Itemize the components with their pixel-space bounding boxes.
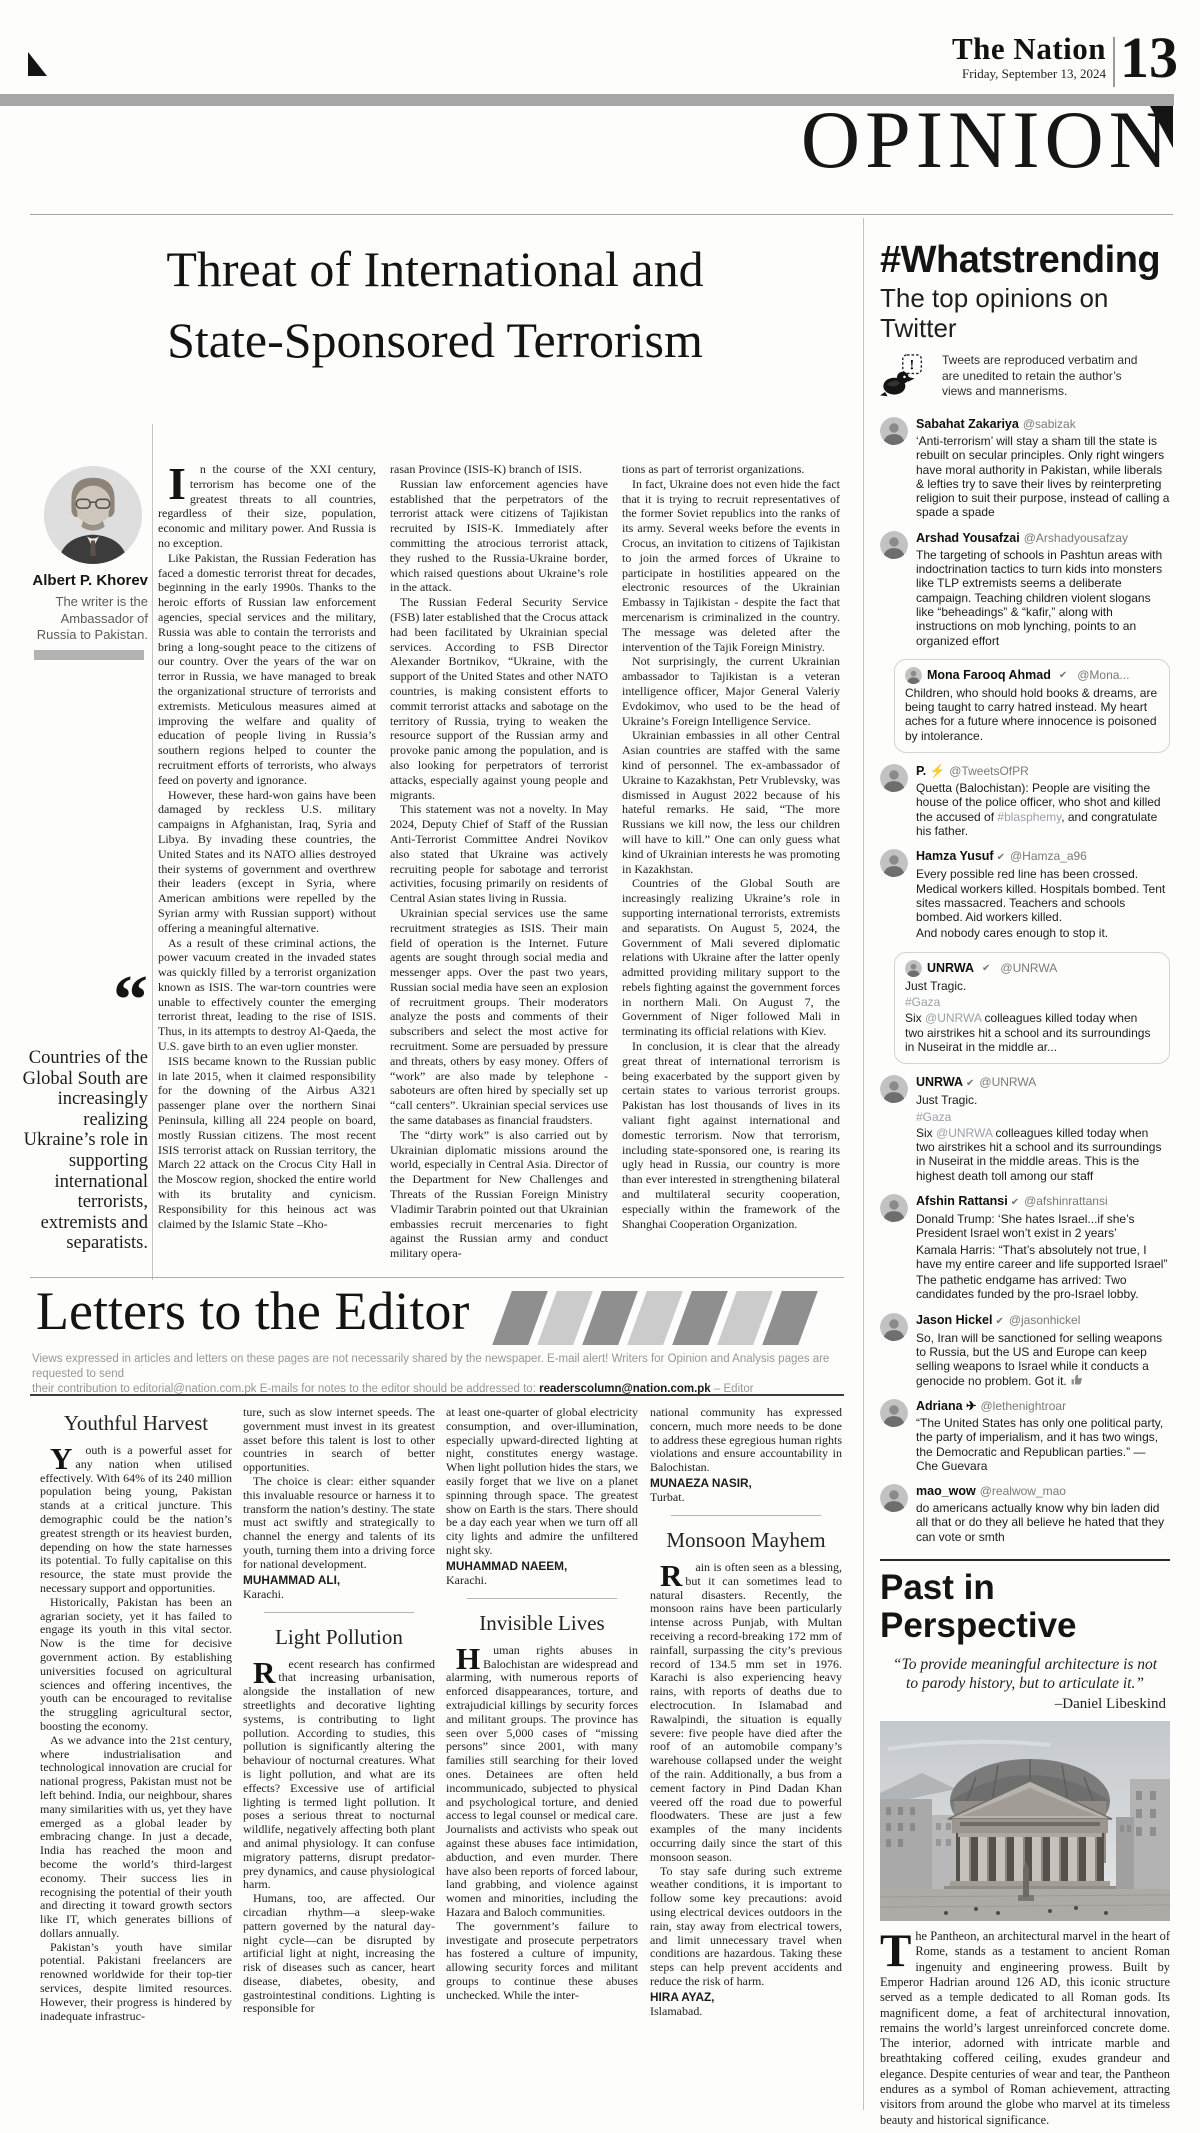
avatar — [880, 849, 908, 877]
verified-badge-icon: ✔ — [1011, 1197, 1019, 1208]
verified-badge-icon: ✔ — [982, 961, 990, 976]
tweet-text: Six @UNRWA colleagues killed today when … — [905, 1011, 1159, 1054]
tweet-text: Every possible red line has been crossed… — [916, 867, 1170, 924]
tweet: Sabahat Zakariya@sabizak‘Anti-terrorism’… — [880, 417, 1170, 520]
tweet: mao_wow@realwow_maodo americans actually… — [880, 1484, 1170, 1544]
tweet-header: Adriana ✈@lethenightroar — [916, 1399, 1170, 1414]
letter-paragraph: Human rights abuses in Balochistan are w… — [446, 1644, 638, 1920]
letter-signature-place: Karachi. — [446, 1573, 638, 1587]
letter-signature-place: Karachi. — [243, 1587, 435, 1601]
thumbs-up-icon — [1070, 1374, 1083, 1386]
tweet-text: Kamala Harris: “That’s absolutely not tr… — [916, 1243, 1170, 1272]
letter-heading: Light Pollution — [243, 1624, 435, 1650]
tweet: Hamza Yusuf✔@Hamza_a96Every possible red… — [880, 849, 1170, 940]
author-rule — [34, 650, 144, 660]
letter-paragraph: national community has expressed concern… — [650, 1406, 842, 1475]
issue-date: Friday, September 13, 2024 — [860, 66, 1106, 82]
letter-paragraph: The choice is clear: either squander thi… — [243, 1475, 435, 1572]
article-paragraph: In conclusion, it is clear that the alre… — [622, 1039, 840, 1231]
avatar — [880, 764, 908, 792]
tweet-header: mao_wow@realwow_mao — [916, 1484, 1170, 1499]
article-paragraph: Not surprisingly, the current Ukrainian … — [622, 654, 840, 728]
letters-column-2: ture, such as slow internet speeds. The … — [243, 1406, 435, 2112]
tweet-author: Sabahat Zakariya — [916, 417, 1019, 431]
drop-cap: Y — [40, 1444, 75, 1471]
sidebar: #Whatstrending The top opinions on Twitt… — [880, 240, 1170, 2128]
past-in-perspective-title: Past in Perspective — [880, 1569, 1170, 1645]
tweet-author: UNRWA — [927, 961, 974, 976]
avatar — [880, 531, 908, 559]
tweet-content: Jason Hickel✔@jasonhickelSo, Iran will b… — [916, 1313, 1170, 1388]
pull-quote: Countries of the Global South are increa… — [20, 1048, 148, 1254]
sidebar-divider — [863, 218, 864, 2110]
whatstrending-subtitle: The top opinions on Twitter — [880, 283, 1170, 343]
tweet-text: “The United States has only one politica… — [916, 1416, 1170, 1473]
tweet-text: do americans actually know why bin laden… — [916, 1501, 1170, 1544]
tweet-text: Quetta (Balochistan): People are visitin… — [916, 781, 1170, 838]
letter-paragraph: Youth is a powerful asset for any nation… — [40, 1444, 232, 1596]
tweet: Arshad Yousafzai@ArshadyousafzayThe targ… — [880, 531, 1170, 648]
letter-divider — [467, 1598, 617, 1599]
tweet-text: #Gaza — [905, 995, 1159, 1009]
hashtag-mention: #blasphemy — [997, 810, 1061, 824]
letters-column-3: at least one-quarter of global electrici… — [446, 1406, 638, 2112]
hashtag-mention: #Gaza — [916, 1110, 951, 1124]
whatstrending-title: #Whatstrending — [880, 240, 1170, 280]
letter-paragraph: Pakistan’s youth have similar potential.… — [40, 1941, 232, 2024]
letter-paragraph: Historically, Pakistan has been an agrar… — [40, 1596, 232, 1734]
article-column-1: In the course of the XXI century, terror… — [158, 462, 376, 1280]
tweet-header: Afshin Rattansi✔@afshinrattansi — [916, 1194, 1170, 1210]
tweet-content: P. ⚡@TweetsOfPRQuetta (Balochistan): Peo… — [916, 764, 1170, 838]
hashtag-mention: @UNRWA — [936, 1126, 992, 1140]
tweet-handle: @realwow_mao — [980, 1484, 1066, 1498]
tweet-header: Sabahat Zakariya@sabizak — [916, 417, 1170, 432]
tweet: Afshin Rattansi✔@afshinrattansiDonald Tr… — [880, 1194, 1170, 1302]
tweet-header: Arshad Yousafzai@Arshadyousafzay — [916, 531, 1170, 546]
tweet-content: Adriana ✈@lethenightroar“The United Stat… — [916, 1399, 1170, 1473]
tweet: P. ⚡@TweetsOfPRQuetta (Balochistan): Peo… — [880, 764, 1170, 838]
tweet-header: Jason Hickel✔@jasonhickel — [916, 1313, 1170, 1329]
letters-column-4: national community has expressed concern… — [650, 1406, 842, 2112]
letter-divider — [671, 1515, 821, 1516]
letters-note: Views expressed in articles and letters … — [32, 1352, 846, 1397]
letters-stripes-decoration — [502, 1291, 817, 1345]
letters-title: Letters to the Editor — [36, 1282, 469, 1340]
article-paragraph: Ukrainian embassies in all other Central… — [622, 728, 840, 876]
letter-signature-name: MUHAMMAD ALI, — [243, 1573, 435, 1587]
author-portrait-illustration — [44, 466, 142, 564]
headline-line-1: Threat of International and — [166, 241, 703, 297]
letter-paragraph: ture, such as slow internet speeds. The … — [243, 1406, 435, 1475]
tweet-text: Just Tragic. — [905, 979, 1159, 993]
tweet-header: Hamza Yusuf✔@Hamza_a96 — [916, 849, 1170, 865]
tweet-content: mao_wow@realwow_maodo americans actually… — [916, 1484, 1170, 1544]
tweet-text: #Gaza — [916, 1110, 1170, 1124]
article-bottom-rule — [30, 1277, 844, 1278]
letter-signature-name: HIRA AYAZ, — [650, 1990, 842, 2004]
author-name: Albert P. Khorev — [26, 572, 148, 589]
tweet-author: Arshad Yousafzai — [916, 531, 1020, 545]
article-paragraph: tions as part of terrorist organizations… — [622, 462, 840, 477]
article-paragraph: However, these hard-won gains have been … — [158, 788, 376, 936]
tweet-handle: @sabizak — [1023, 417, 1076, 431]
newspaper-title: The Nation — [860, 33, 1106, 65]
letter-paragraph: As we advance into the 21st century, whe… — [40, 1734, 232, 1941]
article-paragraph: Russian law enforcement agencies have es… — [390, 477, 608, 595]
article-paragraph: Like Pakistan, the Russian Federation ha… — [158, 551, 376, 788]
tweet-header: P. ⚡@TweetsOfPR — [916, 764, 1170, 779]
author-bio-line: Ambassador of — [26, 611, 148, 628]
tweet-text: The targeting of schools in Pashtun area… — [916, 548, 1170, 648]
tweet-handle: @UNRWA — [979, 1075, 1036, 1089]
disclaimer-text: Tweets are reproduced verbatim and are u… — [942, 353, 1148, 400]
tweet-text: ‘Anti-terrorism’ will stay a sham till t… — [916, 434, 1170, 520]
section-title: OPINION — [0, 98, 1173, 182]
author-bio-line: The writer is the — [26, 594, 148, 611]
tweet-handle: @jasonhickel — [1009, 1313, 1081, 1327]
article-paragraph: ISIS became known to the Russian public … — [158, 1054, 376, 1232]
drop-cap: T — [880, 1929, 915, 1970]
tweet-author: UNRWA — [916, 1075, 963, 1089]
tweet-text: Children, who should hold books & dreams… — [905, 686, 1159, 743]
tweet-text: The pathetic endgame has arrived: Two ca… — [916, 1273, 1170, 1302]
quoted-tweet-card: UNRWA✔@UNRWAJust Tragic.#GazaSix @UNRWA … — [894, 952, 1170, 1064]
article-column-2: rasan Province (ISIS-K) branch of ISIS.R… — [390, 462, 608, 1280]
tweet-header: UNRWA✔@UNRWA — [905, 960, 1159, 977]
tweet-content: Afshin Rattansi✔@afshinrattansiDonald Tr… — [916, 1194, 1170, 1302]
letter-signature-place: Turbat. — [650, 1490, 842, 1504]
tweet-content: UNRWA✔@UNRWAJust Tragic.#GazaSix @UNRWA … — [916, 1075, 1170, 1183]
tweet-handle: @Hamza_a96 — [1010, 849, 1087, 863]
article-paragraph: Countries of the Global South are increa… — [622, 876, 840, 1039]
article-paragraph: This statement was not a novelty. In May… — [390, 802, 608, 906]
avatar — [880, 1075, 908, 1103]
letters-note-line-1: Views expressed in articles and letters … — [32, 1352, 846, 1382]
article-paragraph: The “dirty work” is also carried out by … — [390, 1128, 608, 1261]
sidebar-rule — [880, 1559, 1170, 1561]
drop-cap: H — [446, 1644, 483, 1671]
article-paragraph: In fact, Ukraine does not even hide the … — [622, 477, 840, 655]
letter-signature-place: Islamabad. — [650, 2004, 842, 2018]
perspective-body: The Pantheon, an architectural marvel in… — [880, 1929, 1170, 2128]
pantheon-photo — [880, 1721, 1170, 1921]
tweet: Jason Hickel✔@jasonhickelSo, Iran will b… — [880, 1313, 1170, 1388]
letter-paragraph: The government’s failure to investigate … — [446, 1920, 638, 2003]
letter-paragraph: at least one-quarter of global electrici… — [446, 1406, 638, 1558]
avatar — [880, 1484, 908, 1512]
article-headline: Threat of International andState-Sponsor… — [45, 234, 825, 376]
quoted-tweet-card: Mona Farooq Ahmad✔@Mona...Children, who … — [894, 659, 1170, 753]
twitter-bird-icon: ! — [880, 353, 934, 404]
drop-cap: R — [650, 1561, 685, 1588]
letter-paragraph: Humans, too, are affected. Our circadian… — [243, 1892, 435, 2016]
drop-cap: I — [158, 462, 190, 502]
tweet: Adriana ✈@lethenightroar“The United Stat… — [880, 1399, 1170, 1473]
page-number: 13 — [1120, 24, 1178, 91]
tweet-author: Adriana ✈ — [916, 1399, 977, 1413]
quote-icon: “ — [26, 966, 148, 1036]
article-paragraph: Ukrainian special services use the same … — [390, 906, 608, 1128]
tweet-handle: @afshinrattansi — [1024, 1194, 1108, 1208]
letter-heading: Youthful Harvest — [40, 1410, 232, 1436]
tweet-author: Mona Farooq Ahmad — [927, 668, 1051, 683]
tweet-text: And nobody cares enough to stop it. — [916, 926, 1170, 940]
tweet-header: Mona Farooq Ahmad✔@Mona... — [905, 667, 1159, 684]
drop-cap: R — [243, 1658, 278, 1685]
masthead-divider — [1113, 37, 1115, 87]
article-column-3: tions as part of terrorist organizations… — [622, 462, 840, 1280]
avatar — [880, 1194, 908, 1222]
letter-paragraph: To stay safe during such extreme weather… — [650, 1865, 842, 1989]
author-bio: The writer is the Ambassador of Russia t… — [26, 594, 148, 644]
letter-paragraph: Recent research has confirmed that incre… — [243, 1658, 435, 1893]
avatar — [905, 960, 922, 977]
verified-badge-icon: ✔ — [995, 1316, 1003, 1327]
article-paragraph: The Russian Federal Security Service (FS… — [390, 595, 608, 802]
article-paragraph: In the course of the XXI century, terror… — [158, 462, 376, 551]
tweet-author: P. ⚡ — [916, 764, 945, 778]
tweet-handle: @Mona... — [1077, 668, 1129, 683]
perspective-quote: “To provide meaningful architecture is n… — [890, 1655, 1160, 1693]
letter-heading: Invisible Lives — [446, 1610, 638, 1636]
letter-paragraph: Rain is often seen as a blessing, but it… — [650, 1561, 842, 1865]
tweet-text: Donald Trump: ‘She hates Israel...if she… — [916, 1212, 1170, 1241]
tweet-handle: @UNRWA — [1000, 961, 1057, 976]
letters-column-1: Youthful HarvestYouth is a powerful asse… — [40, 1406, 232, 2112]
svg-text:!: ! — [910, 357, 915, 373]
tweet-handle: @Arshadyousafzay — [1024, 531, 1128, 545]
tweet-header: UNRWA✔@UNRWA — [916, 1075, 1170, 1091]
avatar — [880, 417, 908, 445]
headline-line-2: State-Sponsored Terrorism — [167, 312, 703, 368]
tweet-handle: @lethenightroar — [981, 1399, 1067, 1413]
tweets-disclaimer: ! Tweets are reproduced verbatim and are… — [880, 353, 1170, 404]
verified-badge-icon: ✔ — [1059, 668, 1067, 683]
letters-rule — [30, 1394, 844, 1396]
corner-marker-icon — [28, 52, 47, 76]
tweet-author: Afshin Rattansi — [916, 1194, 1008, 1208]
hashtag-mention: #Gaza — [905, 995, 940, 1009]
tweet: UNRWA✔@UNRWAJust Tragic.#GazaSix @UNRWA … — [880, 1075, 1170, 1183]
tweet-content: Hamza Yusuf✔@Hamza_a96Every possible red… — [916, 849, 1170, 940]
letter-signature-name: MUNAEZA NASIR, — [650, 1476, 842, 1490]
tweet-text: Just Tragic. — [916, 1093, 1170, 1107]
avatar — [905, 667, 922, 684]
masthead: The Nation Friday, September 13, 2024 — [860, 33, 1106, 82]
tweet-author: Jason Hickel — [916, 1313, 992, 1327]
tweet-author: mao_wow — [916, 1484, 976, 1498]
column-divider — [152, 424, 153, 1280]
letter-signature-name: MUHAMMAD NAEEM, — [446, 1559, 638, 1573]
tweet-author: Hamza Yusuf — [916, 849, 994, 863]
avatar — [880, 1399, 908, 1427]
tweet-handle: @TweetsOfPR — [949, 764, 1029, 778]
newspaper-page: The Nation Friday, September 13, 2024 13… — [0, 0, 1200, 2133]
avatar — [880, 1313, 908, 1341]
verified-badge-icon: ✔ — [966, 1078, 974, 1089]
letter-heading: Monsoon Mayhem — [650, 1527, 842, 1553]
article-paragraph: rasan Province (ISIS-K) branch of ISIS. — [390, 462, 608, 477]
tweet-content: Arshad Yousafzai@ArshadyousafzayThe targ… — [916, 531, 1170, 648]
perspective-quote-author: –Daniel Libeskind — [880, 1696, 1166, 1713]
letter-divider — [264, 1612, 414, 1613]
stripe — [762, 1291, 818, 1345]
tweet-content: Sabahat Zakariya@sabizak‘Anti-terrorism’… — [916, 417, 1170, 520]
article-paragraph: As a result of these criminal actions, t… — [158, 936, 376, 1054]
tweet-text: So, Iran will be sanctioned for selling … — [916, 1331, 1170, 1388]
verified-badge-icon: ✔ — [997, 852, 1005, 863]
author-photo — [44, 466, 142, 564]
tweet-list: Sabahat Zakariya@sabizak‘Anti-terrorism’… — [880, 417, 1170, 1544]
tweet-text: Six @UNRWA colleagues killed today when … — [916, 1126, 1170, 1183]
author-bio-line: Russia to Pakistan. — [26, 627, 148, 644]
header-rule — [30, 214, 1173, 215]
hashtag-mention: @UNRWA — [925, 1011, 981, 1025]
